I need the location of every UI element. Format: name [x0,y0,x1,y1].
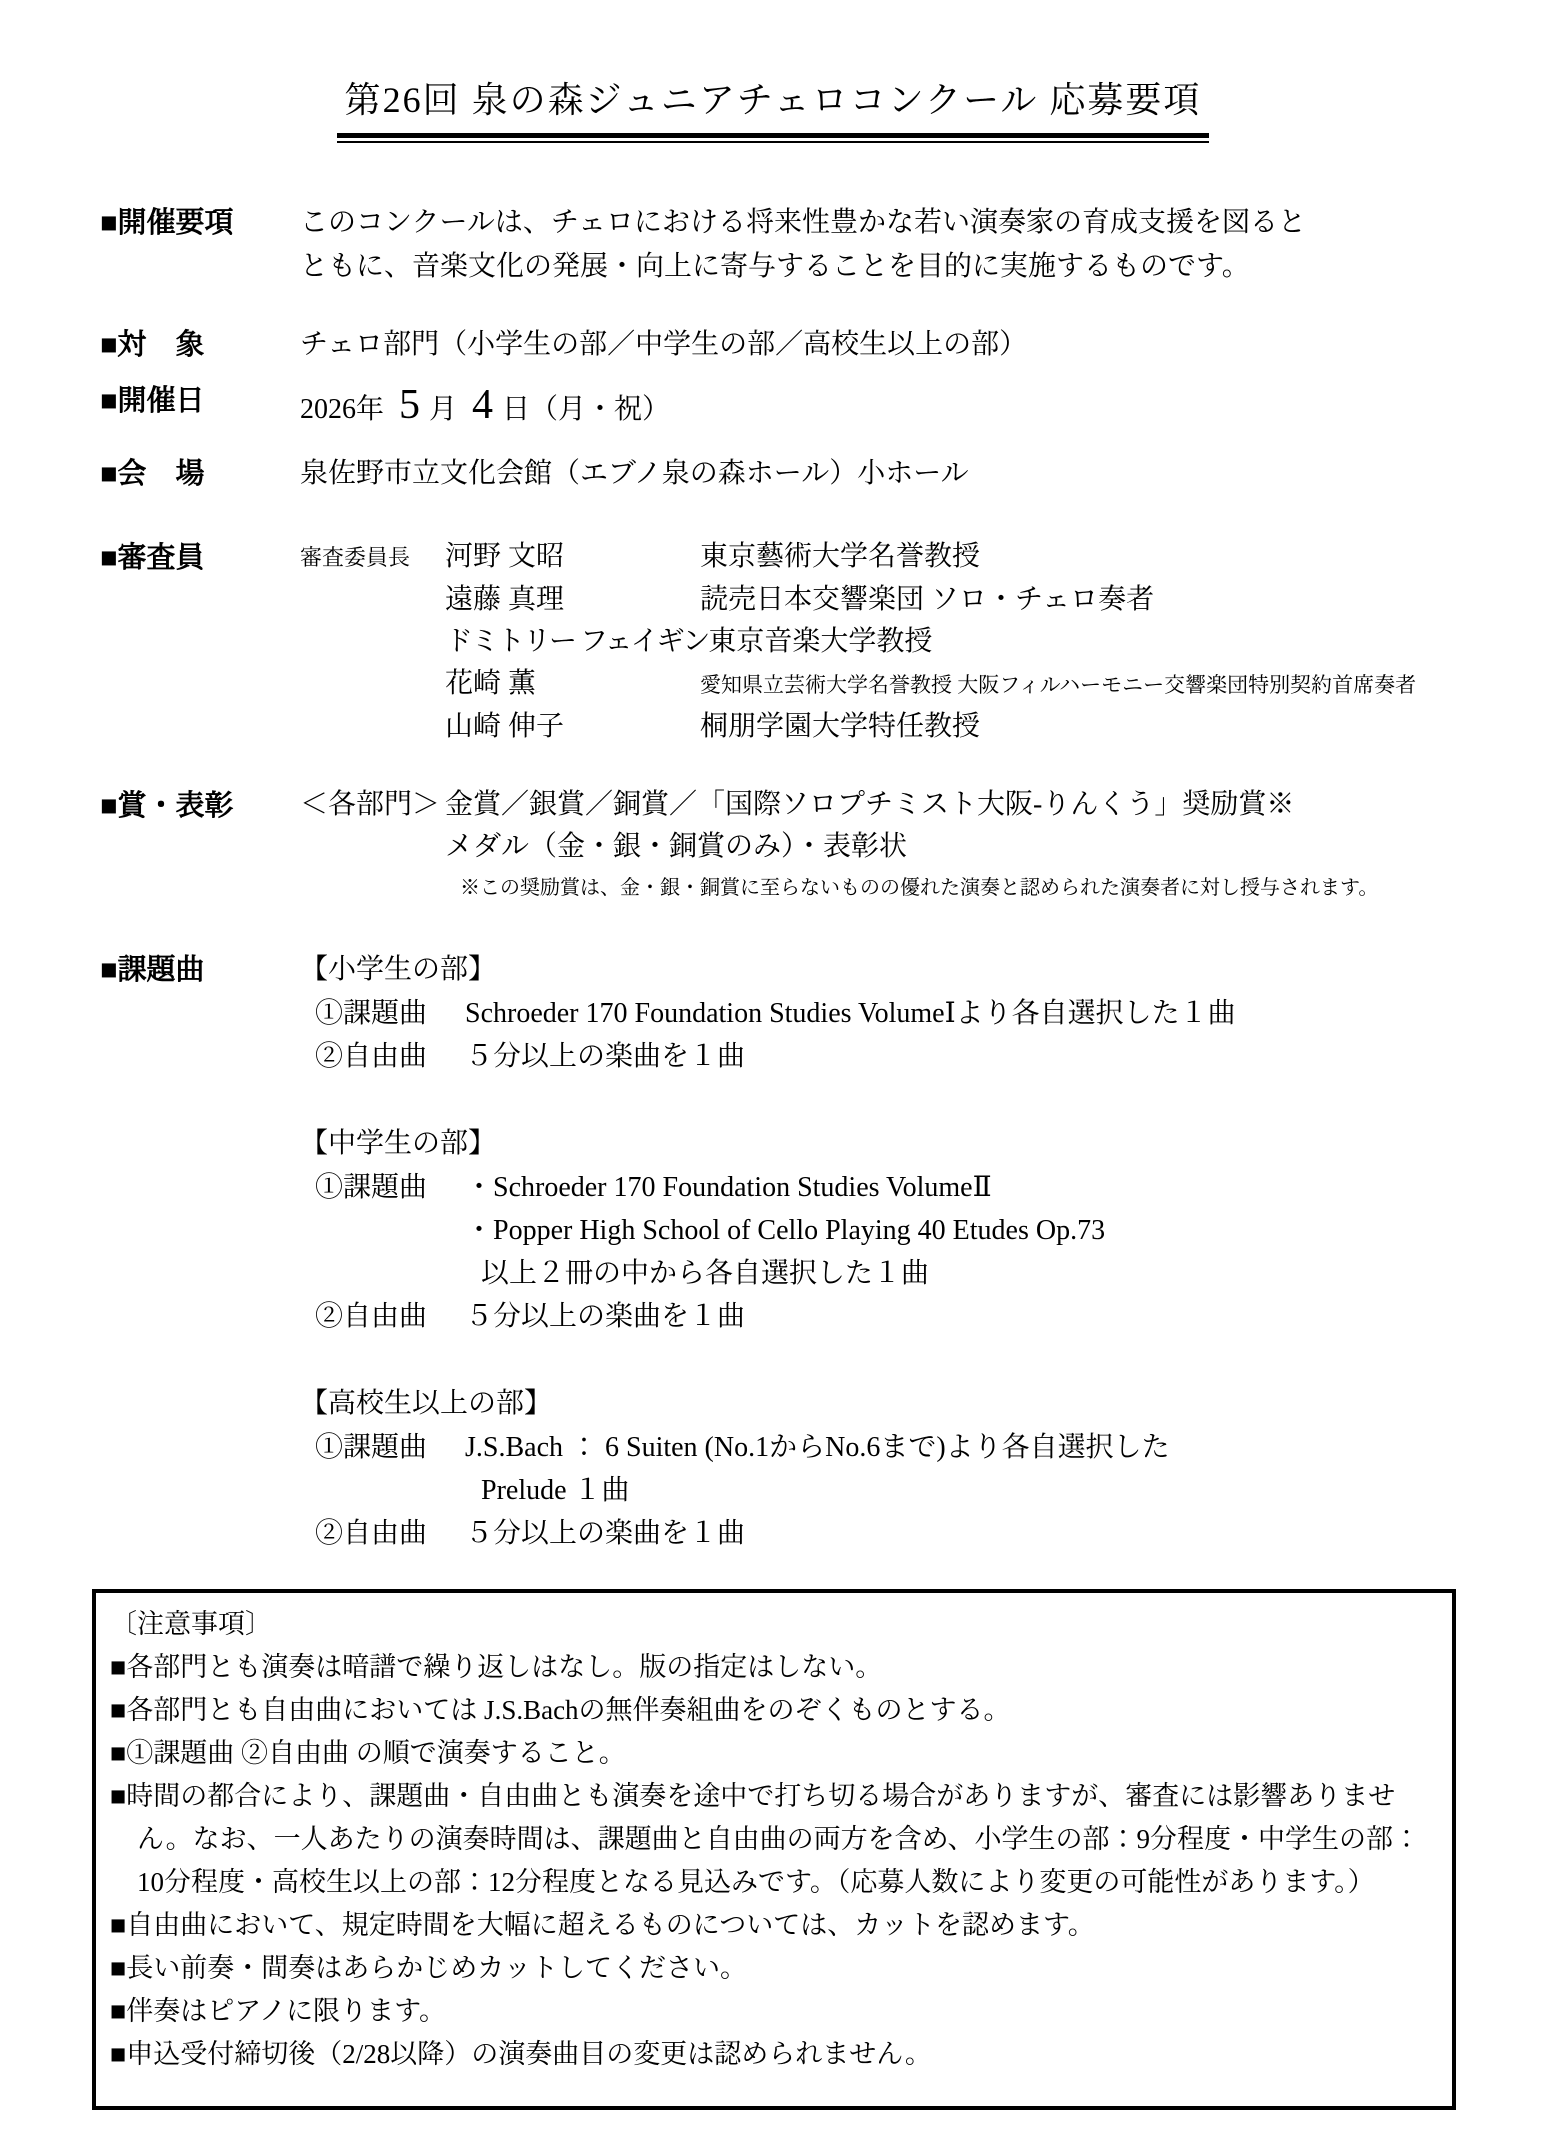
notice-item: ■自由曲において、規定時間を大幅に超えるものについては、カットを認めます。 [110,1904,1436,1947]
judge-row: 審査委員長 河野 文昭 東京藝術大学名誉教授 [300,536,1486,579]
section-repertoire: ■課題曲 【小学生の部】 ①課題曲 Schroeder 170 Foundati… [100,948,1486,1555]
notice-item: ■各部門とも演奏は暗譜で繰り返しはなし。版の指定はしない。 [110,1646,1436,1689]
judge-affiliation: 読売日本交響楽団 ソロ・チェロ奏者 [700,579,1486,621]
awards-prizes: 金賞／銀賞／銅賞／「国際ソロプチミスト大阪-りんくう」奨励賞※ [445,784,1486,826]
judge-affiliation: 東京音楽大学教授 [708,621,1486,663]
judge-chair-title: 審査委員長 [300,537,445,579]
notice-box: 〔注意事項〕 ■各部門とも演奏は暗譜で繰り返しはなし。版の指定はしない。 ■各部… [92,1589,1456,2110]
awards-content: ＜各部門＞ 金賞／銀賞／銅賞／「国際ソロプチミスト大阪-りんくう」奨励賞※ メダ… [300,784,1486,908]
repertoire-item: ①課題曲 Schroeder 170 Foundation Studies Vo… [300,992,1486,1035]
date-label: ■開催日 [100,379,300,423]
item-lines: ５分以上の楽曲を１曲 [465,1295,1486,1338]
notice-heading: 〔注意事項〕 [110,1603,1436,1646]
awards-footnote: ※この奨励賞は、金・銀・銅賞に至らないものの優れた演奏と認められた演奏者に対し授… [300,868,1486,908]
item-line: ５分以上の楽曲を１曲 [465,1512,1486,1555]
repertoire-item: ②自由曲 ５分以上の楽曲を１曲 [300,1035,1486,1078]
overview-label: ■開催要項 [100,201,300,245]
overview-line-1: このコンクールは、チェロにおける将来性豊かな若い演奏家の育成支援を図ると [300,201,1486,245]
judge-name: 山崎 伸子 [445,706,700,748]
date-year: 2026年 [300,394,384,425]
repertoire-item: ①課題曲 ・Schroeder 170 Foundation Studies V… [300,1166,1486,1295]
section-overview: ■開催要項 このコンクールは、チェロにおける将来性豊かな若い演奏家の育成支援を図… [100,201,1486,289]
notice-item: ■長い前奏・間奏はあらかじめカットしてください。 [110,1947,1436,1990]
notice-item: ■伴奏はピアノに限ります。 [110,1990,1436,2033]
item-lines: ５分以上の楽曲を１曲 [465,1035,1486,1078]
item-line: Schroeder 170 Foundation Studies VolumeⅠ… [465,992,1486,1035]
section-awards: ■賞・表彰 ＜各部門＞ 金賞／銀賞／銅賞／「国際ソロプチミスト大阪-りんくう」奨… [100,784,1486,908]
title-underline-thick [337,133,1210,138]
awards-category-prefix: ＜各部門＞ [300,784,445,826]
date-day-suffix: 日（月・祝） [502,394,670,425]
group-heading: 【高校生以上の部】 [300,1382,1486,1426]
item-lines: J.S.Bach ： 6 Suiten (No.1からNo.6まで)より各自選択… [465,1426,1486,1512]
item-lines: ５分以上の楽曲を１曲 [465,1512,1486,1555]
item-lines: Schroeder 170 Foundation Studies VolumeⅠ… [465,992,1486,1035]
judge-name: ドミトリー フェイギン [445,621,708,663]
overview-content: このコンクールは、チェロにおける将来性豊かな若い演奏家の育成支援を図ると ともに… [300,201,1486,289]
judge-name: 花崎 薫 [445,663,700,705]
group-heading: 【小学生の部】 [300,948,1486,992]
item-number: ②自由曲 [315,1035,465,1078]
repertoire-group-elementary: 【小学生の部】 ①課題曲 Schroeder 170 Foundation St… [300,948,1486,1078]
judges-list: 審査委員長 河野 文昭 東京藝術大学名誉教授 遠藤 真理 読売日本交響楽団 ソロ… [300,536,1486,748]
repertoire-item: ①課題曲 J.S.Bach ： 6 Suiten (No.1からNo.6まで)よ… [300,1426,1486,1512]
repertoire-content: 【小学生の部】 ①課題曲 Schroeder 170 Foundation St… [300,948,1486,1555]
item-number: ①課題曲 [315,1426,465,1512]
notice-item: ■申込受付締切後（2/28以降）の演奏曲目の変更は認められません。 [110,2033,1436,2076]
section-venue: ■会 場 泉佐野市立文化会館（エブノ泉の森ホール）小ホール [100,452,1486,496]
repertoire-group-junior-high: 【中学生の部】 ①課題曲 ・Schroeder 170 Foundation S… [300,1122,1486,1338]
notice-item: ■各部門とも自由曲においては J.S.Bachの無伴奏組曲をのぞくものとする。 [110,1689,1436,1732]
judge-row: 花崎 薫 愛知県立芸術大学名誉教授 大阪フィルハーモニー交響楽団特別契約首席奏者 [300,663,1486,706]
notice-item: ■①課題曲 ②自由曲 の順で演奏すること。 [110,1732,1436,1775]
item-line: ５分以上の楽曲を１曲 [465,1295,1486,1338]
document-page: 第26回 泉の森ジュニアチェロコンクール 応募要項 ■開催要項 このコンクールは… [0,0,1546,2154]
awards-line-1: ＜各部門＞ 金賞／銀賞／銅賞／「国際ソロプチミスト大阪-りんくう」奨励賞※ [300,784,1486,826]
date-content: 2026年5月4日（月・祝） [300,379,1486,436]
judge-name: 遠藤 真理 [445,579,700,621]
item-line: J.S.Bach ： 6 Suiten (No.1からNo.6まで)より各自選択… [465,1426,1486,1469]
section-date: ■開催日 2026年5月4日（月・祝） [100,379,1486,436]
section-target: ■対 象 チェロ部門（小学生の部／中学生の部／高校生以上の部） [100,323,1486,367]
title-area: 第26回 泉の森ジュニアチェロコンクール 応募要項 [0,0,1546,143]
repertoire-item: ②自由曲 ５分以上の楽曲を１曲 [300,1295,1486,1338]
judge-row: 山崎 伸子 桐朋学園大学特任教授 [300,706,1486,748]
target-text: チェロ部門（小学生の部／中学生の部／高校生以上の部） [300,323,1486,367]
repertoire-group-high-school: 【高校生以上の部】 ①課題曲 J.S.Bach ： 6 Suiten (No.1… [300,1382,1486,1555]
judge-affiliation: 東京藝術大学名誉教授 [700,536,1486,578]
item-number: ②自由曲 [315,1295,465,1338]
venue-text: 泉佐野市立文化会館（エブノ泉の森ホール）小ホール [300,452,1486,496]
item-number: ①課題曲 [315,992,465,1035]
awards-line-2: メダル（金・銀・銅賞のみ）・表彰状 [300,826,1486,868]
document-body: ■開催要項 このコンクールは、チェロにおける将来性豊かな若い演奏家の育成支援を図… [0,201,1546,1555]
awards-label: ■賞・表彰 [100,784,300,828]
title-block: 第26回 泉の森ジュニアチェロコンクール 応募要項 [337,72,1210,143]
judge-name: 河野 文昭 [445,536,700,578]
judge-row: 遠藤 真理 読売日本交響楽団 ソロ・チェロ奏者 [300,579,1486,621]
notice-item: ■時間の都合により、課題曲・自由曲とも演奏を途中で打ち切る場合がありますが、審査… [110,1775,1436,1904]
group-heading: 【中学生の部】 [300,1122,1486,1166]
repertoire-label: ■課題曲 [100,948,300,992]
judge-row: ドミトリー フェイギン 東京音楽大学教授 [300,621,1486,663]
item-line: ・Popper High School of Cello Playing 40 … [465,1209,1486,1252]
target-label: ■対 象 [100,323,300,367]
item-lines: ・Schroeder 170 Foundation Studies Volume… [465,1166,1486,1295]
judge-affiliation: 桐朋学園大学特任教授 [700,706,1486,748]
overview-line-2: ともに、音楽文化の発展・向上に寄与することを目的に実施するものです。 [300,245,1486,289]
item-line: 以上２冊の中から各自選択した１曲 [481,1252,1486,1295]
page-title: 第26回 泉の森ジュニアチェロコンクール 応募要項 [337,72,1210,133]
venue-label: ■会 場 [100,452,300,496]
date-month-unit: 月 [429,394,457,425]
item-line: ５分以上の楽曲を１曲 [465,1035,1486,1078]
title-underline-thin [337,141,1210,143]
judge-affiliation: 愛知県立芸術大学名誉教授 大阪フィルハーモニー交響楽団特別契約首席奏者 [700,664,1486,706]
item-line: Prelude １曲 [481,1469,1486,1512]
section-judges: ■審査員 審査委員長 河野 文昭 東京藝術大学名誉教授 遠藤 真理 読売日本交響… [100,536,1486,748]
judges-label: ■審査員 [100,536,300,580]
item-number: ②自由曲 [315,1512,465,1555]
item-number: ①課題曲 [315,1166,465,1295]
item-line: ・Schroeder 170 Foundation Studies Volume… [465,1166,1486,1209]
repertoire-item: ②自由曲 ５分以上の楽曲を１曲 [300,1512,1486,1555]
date-month-number: 5 [399,382,420,428]
date-day-number: 4 [472,382,493,428]
